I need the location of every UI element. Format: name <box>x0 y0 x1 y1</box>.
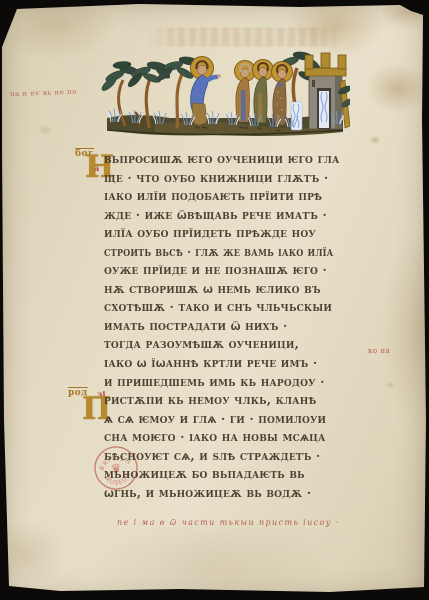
parchment-page: па н еѵ вь не по бог ѕа род зі ко па BRI… <box>0 0 429 600</box>
text-line: ѧ сѧ ѥмоу и глѧ · ги · помилоуи <box>104 410 366 429</box>
text-line: ристѫпи кь немоу члкь, кланѣ <box>104 391 366 410</box>
apostle-figures <box>235 60 293 132</box>
text-line: сна моѥго · іако на новы мсѧца <box>104 428 366 447</box>
text-line: схотѣшѫ · тако и снъ чльчьскыи <box>104 298 366 317</box>
text-line: вьпросишѫ ѥго оученици ѥго гла <box>104 150 366 169</box>
marginal-gloss-right: ко па <box>368 347 390 355</box>
ink-showthrough-smudge <box>145 27 345 47</box>
text-line: іако илїи подобаѥть прїити прѣ <box>104 187 366 206</box>
text-line: бѣсноуѥт сѧ, и ѕлѣ страждетъ · <box>104 447 366 466</box>
marginal-rubric-top-left: па н еѵ вь не по <box>10 88 77 98</box>
text-line: и пришедшемь имь кь народоу · <box>104 373 366 392</box>
text-line: оуже прїиде и не познашѫ ѥго · <box>104 261 366 280</box>
text-line: имать пострадати ѿ нихъ · <box>104 317 366 336</box>
text-line: іако ѡ їѡаннѣ кртли рече имъ · <box>104 354 366 373</box>
miniature-illustration <box>95 46 350 143</box>
text-line: ѡгнь, и мьножицеѫ вь водѫ · <box>104 484 366 503</box>
text-line: илїа оубо прїидеть прѣжде ноу <box>104 224 366 243</box>
liturgical-rubric-bottom: пе і ма в ѿ части тькыи присть іисоу · <box>117 518 340 527</box>
text-line: строить вьсѣ · глѫ же вамь іако илїа <box>104 243 340 262</box>
manuscript-text-block: вьпросишѫ ѥго оученици ѥго гла ще · что … <box>104 150 366 502</box>
text-line: ще · что оубо книжници глѫтъ · <box>104 169 366 188</box>
ground <box>107 115 343 136</box>
city-tower <box>305 53 350 129</box>
text-line: жде · иже ѿвѣщавь рече иматъ · <box>104 206 366 225</box>
water-band <box>291 102 302 130</box>
text-line: мьножицеѫ бо вьпадаѥть вь <box>104 465 366 484</box>
text-line: тогда разоумѣшѫ оученици, <box>104 335 366 354</box>
manuscript-photo: па н еѵ вь не по бог ѕа род зі ко па BRI… <box>0 0 429 600</box>
text-line: нѫ створишѫ ѡ немь ѥлико въ <box>104 280 366 299</box>
